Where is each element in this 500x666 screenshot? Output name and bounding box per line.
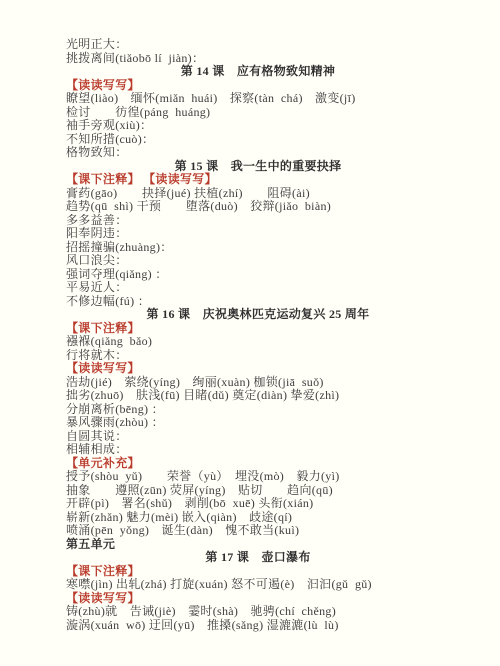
section-marker-dudu-xiexie: 【读读写写】: [66, 362, 450, 376]
vocab-line: 阳奉阴违：: [66, 227, 450, 241]
lesson-title-15: 第 15 课 我一生中的重要抉择: [66, 160, 450, 174]
vocab-line: 分崩离析(bēng) ：: [66, 403, 450, 417]
vocab-line: 拙劣(zhuō) 肤浅(fū) 目睹(dǔ) 奠定(diàn) 挚爱(zhì): [66, 389, 450, 403]
vocab-line: 强词夺理(qiǎng) ：: [66, 268, 450, 282]
vocab-line: 抽象 遵照(zūn) 荧屏(yíng) 贴切 趋向(qū): [66, 484, 450, 498]
vocab-line: 不修边幅(fú) ：: [66, 295, 450, 309]
vocab-line: 喷涌(pēn yǒng) 诞生(dàn) 愧不敢当(kuì): [66, 524, 450, 538]
section-marker-dudu-xiexie: 【读读写写】: [66, 79, 450, 93]
vocab-line: 自圆其说：: [66, 430, 450, 444]
lesson-title-17: 第 17 课 壶口瀑布: [66, 551, 450, 565]
vocab-line: 多多益善：: [66, 214, 450, 228]
unit-heading-5: 第五单元: [66, 538, 450, 552]
vocab-line: 漩涡(xuán wō) 迂回(yū) 推搡(sǎng) 湿漉漉(lù lù): [66, 619, 450, 633]
vocab-line: 格物致知：: [66, 146, 450, 160]
vocab-line: 挑拨离间(tiǎobō lí jiàn)：: [66, 52, 450, 66]
vocab-line: 崭新(zhǎn) 魅力(mèi) 嵌入(qiàn) 歧途(qí): [66, 511, 450, 525]
lesson-title-14: 第 14 课 应有格物致知精神: [66, 65, 450, 79]
lesson-title-16: 第 16 课 庆祝奥林匹克运动复兴 25 周年: [66, 308, 450, 322]
vocab-line: 行将就木：: [66, 349, 450, 363]
vocab-line: 授予(shòu yǔ) 荣誉（yù） 埋没(mò) 毅力(yì): [66, 470, 450, 484]
vocab-line: 暴风骤雨(zhòu) ：: [66, 416, 450, 430]
vocab-line: 检讨 彷徨(páng huáng): [66, 106, 450, 120]
section-marker-danyuan-buchong: 【单元补充】: [66, 457, 450, 471]
vocab-line: 膏药(gāo) 抉择(jué) 扶植(zhí) 阻碍(ài): [66, 187, 450, 201]
vocab-line: 趋势(qū shì) 干预 堕落(duò) 狡辩(jiǎo biàn): [66, 200, 450, 214]
vocab-line: 招摇撞骗(zhuàng)：: [66, 241, 450, 255]
section-marker-kexia-zhushi: 【课下注释】: [66, 322, 450, 336]
vocab-line: 浩劫(jié) 萦绕(yíng) 绚丽(xuàn) 枷锁(jiā suǒ): [66, 376, 450, 390]
vocab-line: 寒噤(jìn) 出轧(zhá) 打旋(xuán) 怒不可遏(è) 汩汩(gǔ g…: [66, 578, 450, 592]
vocab-line: 襁褓(qiǎng bǎo): [66, 335, 450, 349]
vocab-line: 袖手旁观(xiù)：: [66, 119, 450, 133]
document-page: 光明正大： 挑拨离间(tiǎobō lí jiàn)： 第 14 课 应有格物致…: [0, 0, 500, 666]
section-marker-kexia-dudu: 【课下注释】 【读读写写】: [66, 173, 450, 187]
vocab-line: 铸(zhù)就 告诫(jiè) 霎时(shà) 驰骋(chí chěng): [66, 605, 450, 619]
section-marker-dudu-xiexie: 【读读写写】: [66, 592, 450, 606]
vocab-line: 不知所措(cuò)：: [66, 133, 450, 147]
vocab-line: 相辅相成：: [66, 443, 450, 457]
vocab-line: 光明正大：: [66, 38, 450, 52]
vocab-line: 风口浪尖：: [66, 254, 450, 268]
section-marker-kexia-zhushi: 【课下注释】: [66, 565, 450, 579]
vocab-line: 开辟(pì) 署名(shǔ) 剥削(bō xuē) 头衔(xián): [66, 497, 450, 511]
vocab-line: 瞭望(liào) 缅怀(miǎn huái) 探察(tàn chá) 激变(jī…: [66, 92, 450, 106]
vocab-line: 平易近人：: [66, 281, 450, 295]
